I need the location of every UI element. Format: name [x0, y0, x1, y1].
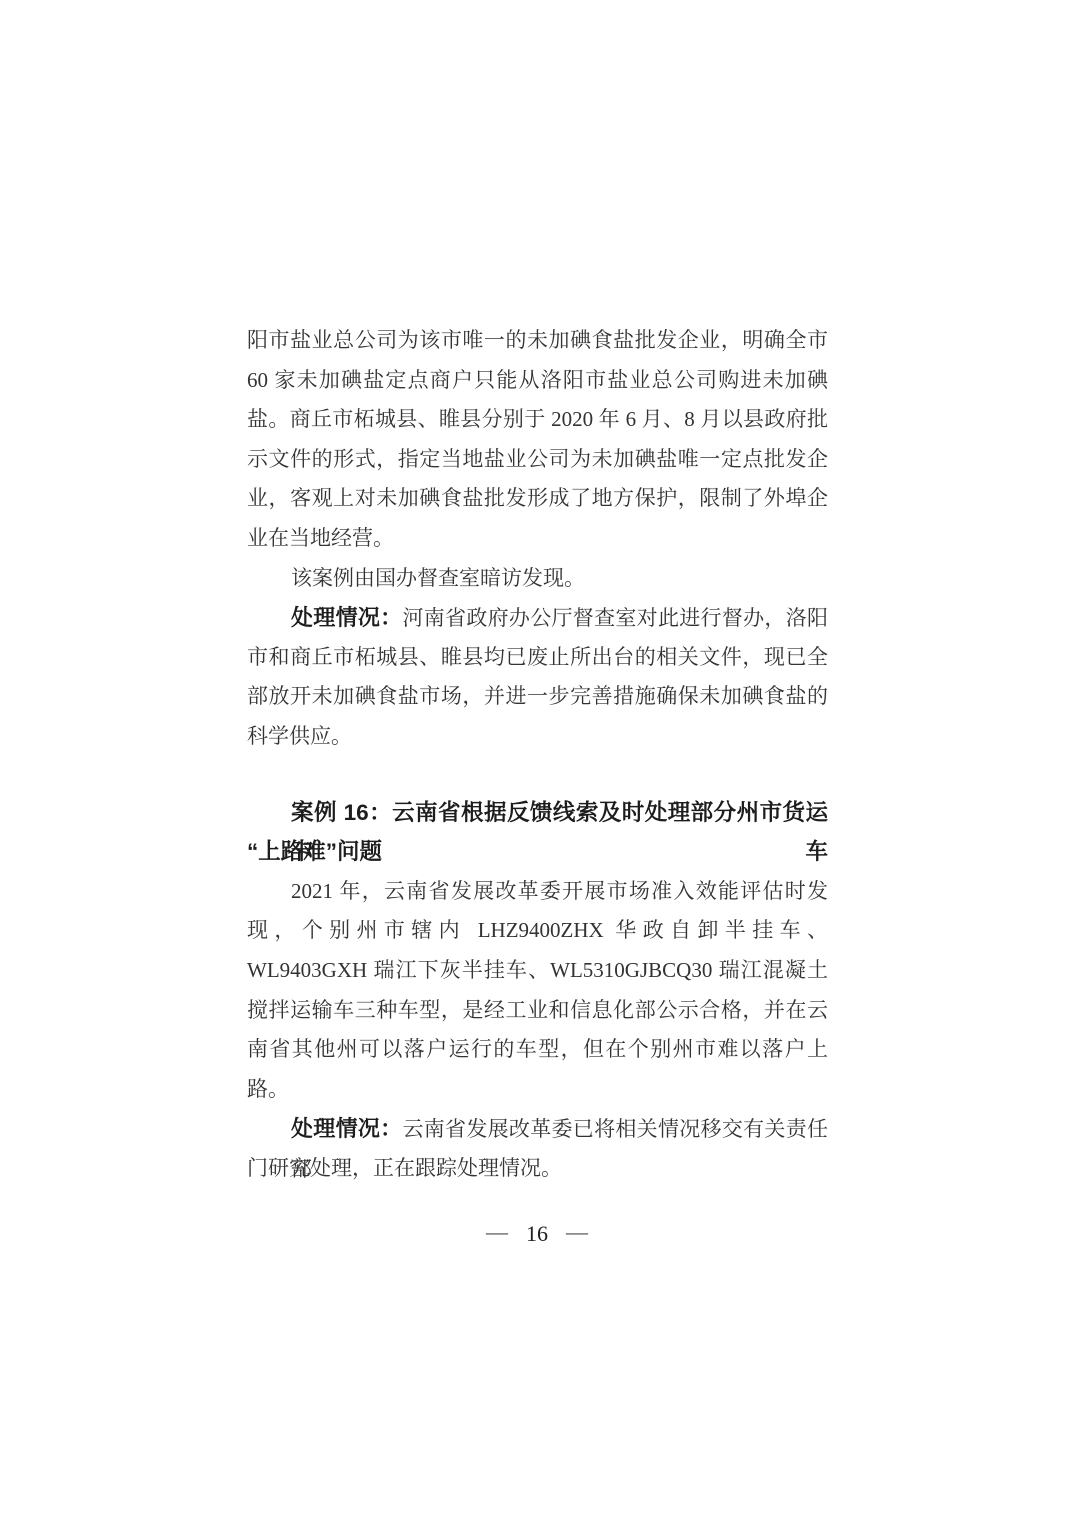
paragraph: 该案例由国办督查室暗访发现。 [247, 559, 828, 599]
text-line: 市和商丘市柘城县、睢县均已废止所出台的相关文件，现已全 [247, 638, 828, 678]
text-line: 处理情况：河南省政府办公厅督查室对此进行督办，洛阳 [247, 598, 828, 638]
case-heading: 案例 16：云南省根据反馈线索及时处理部分州市货运卡车“上路难”问题 [247, 793, 828, 872]
document-page: 阳市盐业总公司为该市唯一的未加碘食盐批发企业，明确全市60 家未加碘盐定点商户只… [0, 0, 1074, 1520]
text-line: 部放开未加碘食盐市场，并进一步完善措施确保未加碘食盐的 [247, 677, 828, 717]
bold-label: 处理情况： [291, 605, 402, 630]
line-text: 河南省政府办公厅督查室对此进行督办，洛阳 [402, 606, 828, 630]
footer-dash-left: — [486, 1219, 508, 1244]
text-line: 业在当地经营。 [247, 519, 828, 559]
text-line: 60 家未加碘盐定点商户只能从洛阳市盐业总公司购进未加碘 [247, 361, 828, 401]
page-footer: —16— [0, 1219, 1074, 1249]
paragraph: 处理情况：河南省政府办公厅督查室对此进行督办，洛阳市和商丘市柘城县、睢县均已废止… [247, 598, 828, 756]
text-line: 搅拌运输车三种车型，是经工业和信息化部公示合格，并在云 [247, 991, 828, 1031]
text-line: WL9403GXH 瑞江下灰半挂车、WL5310GJBCQ30 瑞江混凝土 [247, 951, 828, 991]
text-line: 2021 年，云南省发展改革委开展市场准入效能评估时发 [247, 872, 828, 912]
bold-label: 处理情况： [291, 1116, 402, 1141]
text-line: 示文件的形式，指定当地盐业公司为未加碘盐唯一定点批发企 [247, 440, 828, 480]
document-body: 阳市盐业总公司为该市唯一的未加碘食盐批发企业，明确全市60 家未加碘盐定点商户只… [247, 321, 828, 1188]
page-number: 16 [526, 1221, 548, 1246]
text-line: 门研究处理，正在跟踪处理情况。 [247, 1149, 828, 1189]
text-line: 现，个别州市辖内 LHZ9400ZHX 华政自卸半挂车、 [247, 911, 828, 951]
paragraph: 2021 年，云南省发展改革委开展市场准入效能评估时发现，个别州市辖内 LHZ9… [247, 872, 828, 1110]
text-line: 该案例由国办督查室暗访发现。 [247, 559, 828, 599]
text-line: 南省其他州可以落户运行的车型，但在个别州市难以落户上 [247, 1030, 828, 1070]
text-line: 阳市盐业总公司为该市唯一的未加碘食盐批发企业，明确全市 [247, 321, 828, 361]
paragraph-spacer [247, 757, 828, 793]
text-line: 处理情况：云南省发展改革委已将相关情况移交有关责任部 [247, 1109, 828, 1149]
footer-dash-right: — [566, 1219, 588, 1244]
paragraph: 处理情况：云南省发展改革委已将相关情况移交有关责任部门研究处理，正在跟踪处理情况… [247, 1109, 828, 1188]
paragraph: 阳市盐业总公司为该市唯一的未加碘食盐批发企业，明确全市60 家未加碘盐定点商户只… [247, 321, 828, 559]
text-line: 路。 [247, 1070, 828, 1110]
text-line: 业，客观上对未加碘食盐批发形成了地方保护，限制了外埠企 [247, 479, 828, 519]
text-line: 盐。商丘市柘城县、睢县分别于 2020 年 6 月、8 月以县政府批 [247, 400, 828, 440]
text-line: 科学供应。 [247, 717, 828, 757]
text-line: 案例 16：云南省根据反馈线索及时处理部分州市货运卡车 [247, 793, 828, 833]
